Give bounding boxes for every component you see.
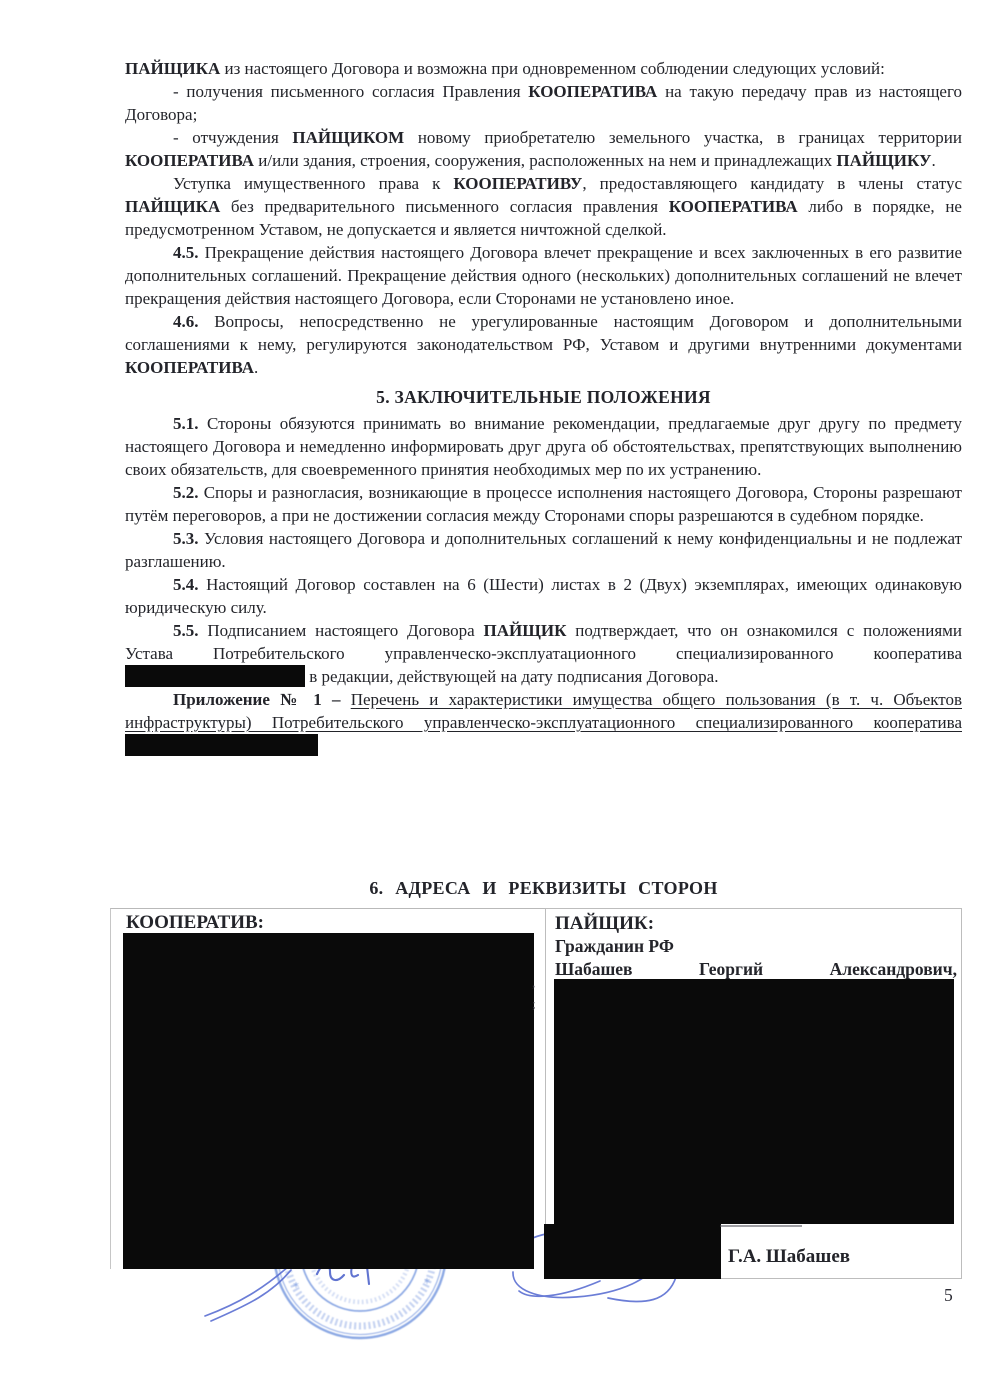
redaction-fragment-semicolon: ; bbox=[532, 999, 536, 1009]
text-run: КООПЕРАТИВА bbox=[125, 358, 254, 377]
member-signature-name: Г.А. Шабашев bbox=[728, 1246, 850, 1268]
clause-5-4: 5.4. Настоящий Договор составлен на 6 (Ш… bbox=[125, 573, 962, 619]
text-run: - отчуждения bbox=[173, 128, 292, 147]
text-run: в редакции, действующей на дату подписан… bbox=[305, 667, 718, 686]
document-body: ПАЙЩИКА из настоящего Договора и возможн… bbox=[125, 57, 962, 908]
clause-transfer-continuation: ПАЙЩИКА из настоящего Договора и возможн… bbox=[125, 57, 962, 80]
text-run: 4.5. bbox=[173, 243, 199, 262]
cooperative-header: КООПЕРАТИВ: bbox=[111, 909, 545, 934]
text-run: . bbox=[931, 151, 935, 170]
redaction-box-inline bbox=[125, 665, 305, 687]
text-run: Стороны обязуются принимать во внимание … bbox=[125, 414, 962, 479]
requisites-table: КООПЕРАТИВ: ПАЙЩИК: Гражданин РФ Шабашев… bbox=[110, 908, 962, 1286]
text-run: Прекращение действия настоящего Договора… bbox=[125, 243, 962, 308]
text-run: ПАЙЩИК bbox=[484, 621, 567, 640]
member-firstname: Георгий bbox=[699, 958, 763, 980]
text-run: 5.3. bbox=[173, 529, 199, 548]
text-run: 5.2. bbox=[173, 483, 199, 502]
text-run: новому приобретателю земельного участка,… bbox=[404, 128, 962, 147]
heading-requisites: 6. АДРЕСА И РЕКВИЗИТЫ СТОРОН bbox=[125, 878, 962, 899]
clause-5-1: 5.1. Стороны обязуются принимать во вним… bbox=[125, 412, 962, 481]
redaction-box-inline bbox=[125, 734, 318, 756]
text-run: из настоящего Договора и возможна при од… bbox=[220, 59, 885, 78]
text-run: Условия настоящего Договора и дополнител… bbox=[125, 529, 962, 571]
redaction-fragment-comma: , bbox=[532, 978, 535, 988]
member-signature-row: Г.А. Шабашев bbox=[546, 1224, 961, 1280]
text-run: КООПЕРАТИВУ bbox=[453, 174, 582, 193]
member-patronymic: Александрович, bbox=[830, 958, 957, 980]
text-run: , предоставляющего кандидату в члены ста… bbox=[582, 174, 962, 193]
text-run: 5.1. bbox=[173, 414, 199, 433]
clause-4-6: 4.6. Вопросы, непосредственно не урегули… bbox=[125, 310, 962, 379]
text-run: 5.4. bbox=[173, 575, 199, 594]
member-header: ПАЙЩИК: bbox=[546, 909, 961, 935]
clause-5-3: 5.3. Условия настоящего Договора и допол… bbox=[125, 527, 962, 573]
clause-5-2: 5.2. Споры и разногласия, возникающие в … bbox=[125, 481, 962, 527]
member-name-line: Шабашев Георгий Александрович, bbox=[546, 958, 961, 980]
text-run: ПАЙЩИКУ bbox=[836, 151, 931, 170]
text-run: - получения письменного согласия Правлен… bbox=[173, 82, 528, 101]
appendix-reference: Приложение № 1 – Перечень и характеристи… bbox=[125, 688, 962, 757]
clause-4-5: 4.5. Прекращение действия настоящего Дог… bbox=[125, 241, 962, 310]
text-run: ПАЙЩИКОМ bbox=[292, 128, 404, 147]
text-run: без предварительного письменного согласи… bbox=[220, 197, 668, 216]
clause-cession: Уступка имущественного права к КООПЕРАТИ… bbox=[125, 172, 962, 241]
text-run: Уступка имущественного права к bbox=[173, 174, 453, 193]
text-run: . bbox=[254, 358, 258, 377]
text-run: ПАЙЩИКА bbox=[125, 59, 220, 78]
text-run: Вопросы, непосредственно не урегулирован… bbox=[125, 312, 962, 354]
text-run: Приложение № 1 – bbox=[173, 690, 351, 709]
member-citizen-line: Гражданин РФ bbox=[546, 935, 961, 958]
redaction-box-member-2 bbox=[544, 1224, 721, 1279]
cooperative-cell: КООПЕРАТИВ: bbox=[110, 908, 545, 1269]
redaction-box-cooperative bbox=[123, 933, 534, 1269]
clause-item-alienation: - отчуждения ПАЙЩИКОМ новому приобретате… bbox=[125, 126, 962, 172]
text-run: КООПЕРАТИВА bbox=[125, 151, 254, 170]
member-cell: ПАЙЩИК: Гражданин РФ Шабашев Георгий Але… bbox=[545, 908, 962, 1279]
redaction-box-member bbox=[554, 979, 954, 1224]
clause-item-consent: - получения письменного согласия Правлен… bbox=[125, 80, 962, 126]
document-page: ПАЙЩИКА из настоящего Договора и возможн… bbox=[0, 0, 1000, 1375]
text-run: 5.5. bbox=[173, 621, 199, 640]
text-run: и/или здания, строения, сооружения, расп… bbox=[254, 151, 836, 170]
signature-line bbox=[720, 1225, 802, 1227]
heading-final-provisions: 5. ЗАКЛЮЧИТЕЛЬНЫЕ ПОЛОЖЕНИЯ bbox=[125, 386, 962, 409]
text-run: КООПЕРАТИВА bbox=[669, 197, 798, 216]
clause-5-5: 5.5. Подписанием настоящего Договора ПАЙ… bbox=[125, 619, 962, 688]
member-surname: Шабашев bbox=[555, 958, 632, 980]
page-number: 5 bbox=[944, 1285, 953, 1306]
text-run: Настоящий Договор составлен на 6 (Шести)… bbox=[125, 575, 962, 617]
text-run: КООПЕРАТИВА bbox=[528, 82, 657, 101]
text-run: Споры и разногласия, возникающие в проце… bbox=[125, 483, 962, 525]
text-run: Подписанием настоящего Договора bbox=[199, 621, 484, 640]
text-run: ПАЙЩИКА bbox=[125, 197, 220, 216]
text-run: 4.6. bbox=[173, 312, 199, 331]
